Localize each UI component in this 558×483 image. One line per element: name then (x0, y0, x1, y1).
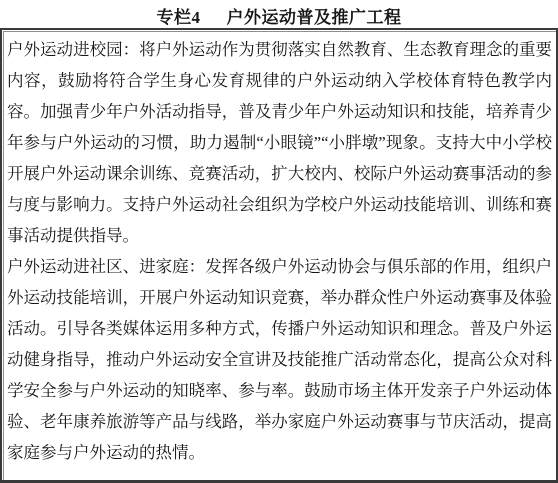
panel-title: 专栏4 户外运动普及推广工程 (0, 0, 558, 28)
paragraph-outdoor-sports-into-communities-families: 户外运动进社区、进家庭：发挥各级户外运动协会与俱乐部的作用，组织户外运动技能培训… (7, 251, 552, 468)
panel-title-text: 户外运动普及推广工程 (227, 3, 402, 28)
content-panel: 户外运动进校园：将户外运动作为贯彻落实自然教育、生态教育理念的重要内容，鼓励将符… (0, 28, 558, 483)
document-page: 专栏4 户外运动普及推广工程 户外运动进校园：将户外运动作为贯彻落实自然教育、生… (0, 0, 558, 483)
title-spacer (201, 15, 227, 16)
panel-title-label: 专栏4 (157, 3, 201, 28)
paragraph-outdoor-sports-into-schools: 户外运动进校园：将户外运动作为贯彻落实自然教育、生态教育理念的重要内容，鼓励将符… (7, 34, 552, 251)
